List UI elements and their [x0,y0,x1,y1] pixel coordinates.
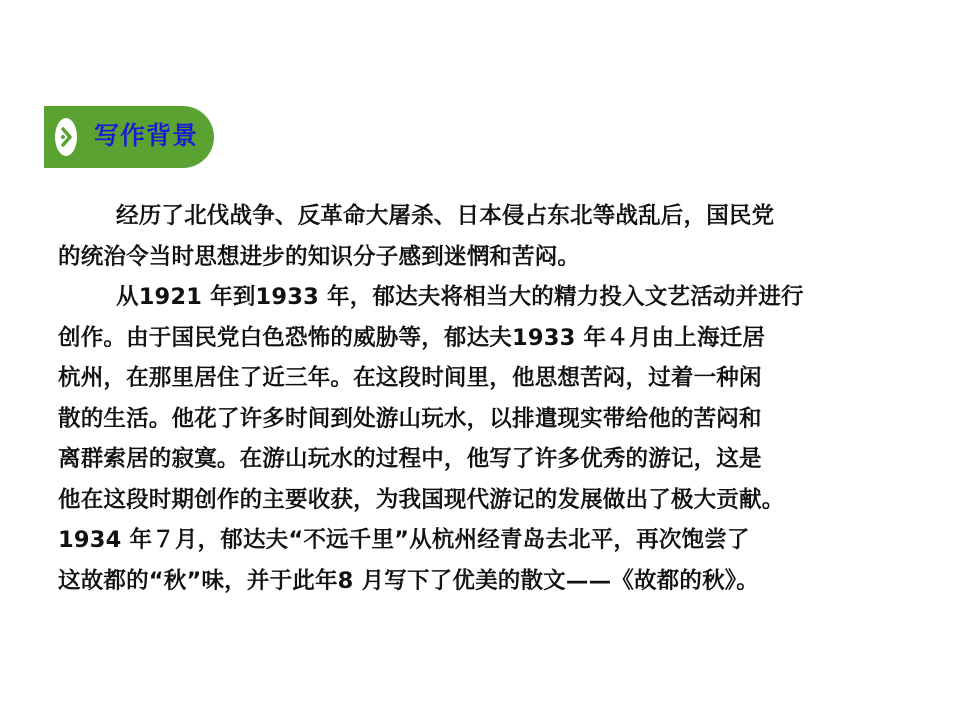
text-line: 离群索居的寂寞。在游山玩水的过程中，他写了许多优秀的游记，这是 [58,439,908,480]
text-line: 经历了北伐战争、反革命大屠杀、日本侵占东北等战乱后，国民党 [58,196,908,237]
paragraph-1: 经历了北伐战争、反革命大屠杀、日本侵占东北等战乱后，国民党 的统治令当时思想进步… [58,196,908,277]
section-header-tab: 写作背景 [44,106,214,168]
text-line: 从1921 年到1933 年，郁达夫将相当大的精力投入文艺活动并进行 [58,277,908,318]
text-line: 杭州，在那里居住了近三年。在这段时间里，他思想苦闷，过着一种闲 [58,358,908,399]
paragraph-2: 从1921 年到1933 年，郁达夫将相当大的精力投入文艺活动并进行 创作。由于… [58,277,908,601]
text-line: 创作。由于国民党白色恐怖的威胁等，郁达夫1933 年４月由上海迁居 [58,318,908,359]
text-line: 的统治令当时思想进步的知识分子感到迷惘和苦闷。 [58,237,908,278]
section-title: 写作背景 [94,119,198,153]
body-text: 经历了北伐战争、反革命大屠杀、日本侵占东北等战乱后，国民党 的统治令当时思想进步… [58,196,908,601]
text-line: 这故都的“秋”味，并于此年8 月写下了优美的散文——《故都的秋》。 [58,561,908,602]
text-line: 1934 年７月，郁达夫“不远千里”从杭州经青岛去北平，再次饱尝了 [58,520,908,561]
chevron-right-icon [55,118,77,156]
text-line: 散的生活。他花了许多时间到处游山玩水，以排遣现实带给他的苦闷和 [58,399,908,440]
text-line: 他在这段时期创作的主要收获，为我国现代游记的发展做出了极大贡献。 [58,480,908,521]
